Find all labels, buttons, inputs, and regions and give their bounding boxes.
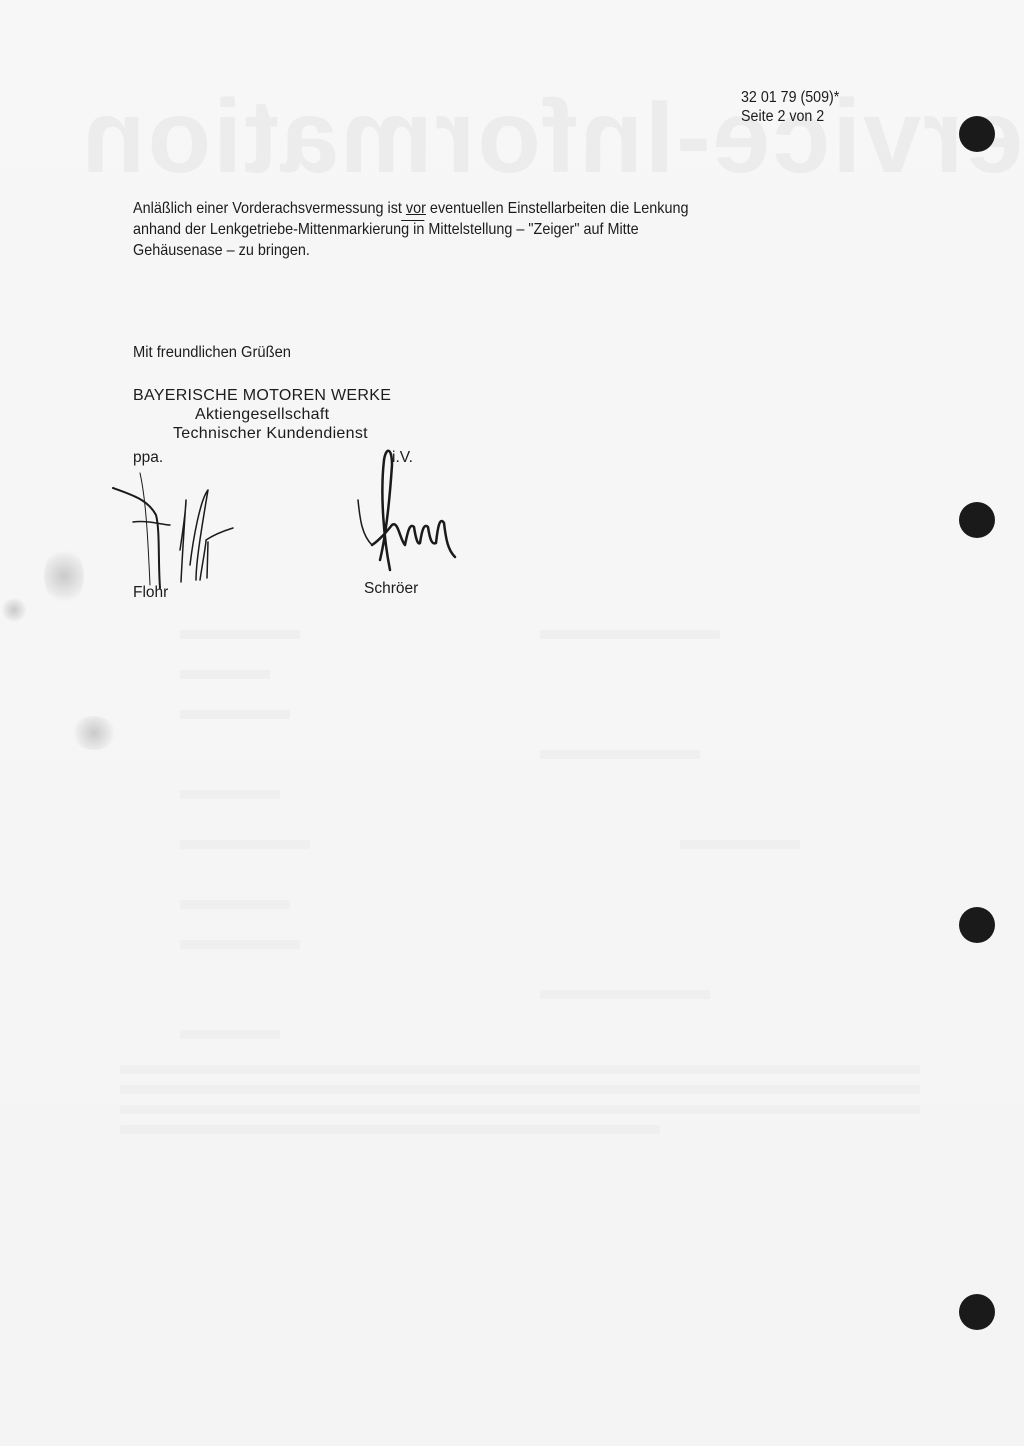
body-line-1: Anläßlich einer Vorderachsvermessung ist… xyxy=(133,198,853,219)
document-page: Service-Information 32 01 79 (509)* Seit… xyxy=(0,0,1024,1446)
emphasis-in: g in xyxy=(401,221,424,238)
reference-number: 32 01 79 (509)* xyxy=(741,88,839,107)
punch-hole-4 xyxy=(959,1294,995,1330)
body-line-2: anhand der Lenkgetriebe-Mittenmarkierung… xyxy=(133,219,853,240)
punch-hole-1 xyxy=(959,116,995,152)
company-department: Technischer Kundendienst xyxy=(133,424,391,443)
scan-smudge xyxy=(2,598,26,622)
closing-salutation: Mit freundlichen Grüßen xyxy=(133,344,291,362)
company-name: BAYERISCHE MOTOREN WERKE xyxy=(133,386,391,405)
signatory-name-right: Schröer xyxy=(364,580,418,598)
scan-smudge xyxy=(72,716,116,750)
signature-schroeer xyxy=(350,445,465,575)
company-block: BAYERISCHE MOTOREN WERKE Aktiengesellsch… xyxy=(133,386,391,443)
body-paragraph: Anläßlich einer Vorderachsvermessung ist… xyxy=(133,198,853,261)
reference-block: 32 01 79 (509)* Seite 2 von 2 xyxy=(741,88,839,126)
bleed-through-text xyxy=(120,610,920,1150)
signatory-name-left: Flohr xyxy=(133,584,168,602)
company-legal-form: Aktiengesellschaft xyxy=(133,405,391,424)
bleed-through-watermark: Service-Information xyxy=(80,78,1024,197)
signature-flohr xyxy=(108,470,248,590)
scan-smudge xyxy=(44,548,84,604)
punch-hole-3 xyxy=(959,907,995,943)
punch-hole-2 xyxy=(959,502,995,538)
emphasis-vor: vor xyxy=(406,200,426,217)
signatory-prefix-left: ppa. xyxy=(133,449,163,467)
page-indicator: Seite 2 von 2 xyxy=(741,107,839,126)
body-line-3: Gehäusenase – zu bringen. xyxy=(133,240,853,261)
